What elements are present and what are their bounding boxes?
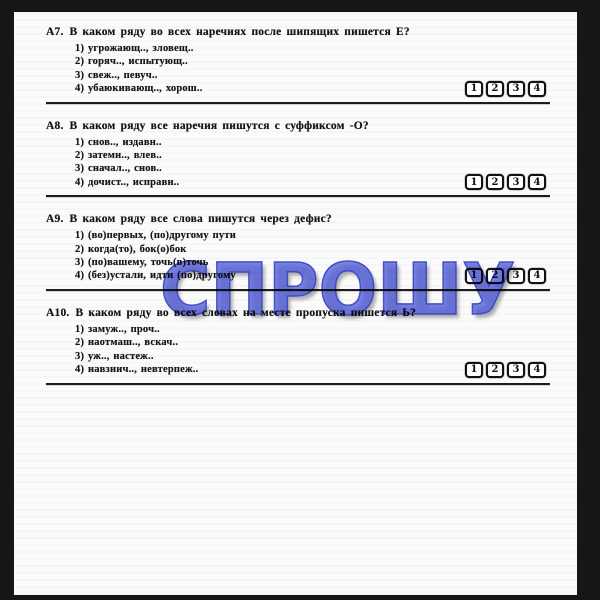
question-block-a9: А9.В каком ряду все слова пишутся через … bbox=[46, 212, 550, 291]
page-content: А7.В каком ряду во всех наречиях после ш… bbox=[14, 25, 577, 400]
option-item: 1) угрожающ.., зловещ.. bbox=[75, 42, 550, 55]
question-heading: А10.В каком ряду во всех словах на месте… bbox=[46, 306, 550, 320]
option-item: 2) затемн.., влев.. bbox=[75, 149, 550, 162]
question-heading: А9.В каком ряду все слова пишутся через … bbox=[46, 212, 550, 226]
option-item: 1) замуж.., проч.. bbox=[75, 323, 550, 336]
answer-boxes: 1 2 3 4 bbox=[465, 362, 546, 378]
answer-box-3[interactable]: 3 bbox=[507, 362, 525, 378]
question-text: В каком ряду все слова пишутся через деф… bbox=[70, 213, 332, 225]
question-text: В каком ряду во всех наречиях после шипя… bbox=[70, 26, 410, 38]
separator-line bbox=[46, 289, 550, 291]
answer-box-1[interactable]: 1 bbox=[465, 174, 483, 190]
separator-line bbox=[46, 383, 550, 385]
answer-box-4[interactable]: 4 bbox=[528, 362, 546, 378]
question-number: А7. bbox=[46, 26, 64, 38]
answer-box-1[interactable]: 1 bbox=[465, 268, 483, 284]
option-item: 2) наотмаш.., вскач.. bbox=[75, 336, 550, 349]
answer-box-2[interactable]: 2 bbox=[486, 362, 504, 378]
separator-line bbox=[46, 102, 550, 104]
answer-box-3[interactable]: 3 bbox=[507, 81, 525, 97]
question-block-a7: А7.В каком ряду во всех наречиях после ш… bbox=[46, 25, 550, 104]
answer-boxes: 1 2 3 4 bbox=[465, 81, 546, 97]
question-number: А8. bbox=[46, 120, 64, 132]
answer-box-4[interactable]: 4 bbox=[528, 174, 546, 190]
question-text: В каком ряду все наречия пишутся с суффи… bbox=[70, 120, 369, 132]
option-item: 2) горяч.., испытующ.. bbox=[75, 55, 550, 68]
answer-box-1[interactable]: 1 bbox=[465, 81, 483, 97]
option-item: 1) (во)первых, (по)другому пути bbox=[75, 229, 550, 242]
document-page: А7.В каком ряду во всех наречиях после ш… bbox=[14, 12, 577, 595]
scan-background: А7.В каком ряду во всех наречиях после ш… bbox=[0, 0, 600, 600]
question-text: В каком ряду во всех словах на месте про… bbox=[75, 307, 416, 319]
answer-boxes: 1 2 3 4 bbox=[465, 174, 546, 190]
separator-line bbox=[46, 195, 550, 197]
answer-box-2[interactable]: 2 bbox=[486, 174, 504, 190]
answer-box-4[interactable]: 4 bbox=[528, 81, 546, 97]
question-heading: А8.В каком ряду все наречия пишутся с су… bbox=[46, 119, 550, 133]
answer-box-2[interactable]: 2 bbox=[486, 81, 504, 97]
option-item: 1) снов.., издавн.. bbox=[75, 136, 550, 149]
answer-box-1[interactable]: 1 bbox=[465, 362, 483, 378]
question-block-a8: А8.В каком ряду все наречия пишутся с су… bbox=[46, 119, 550, 198]
question-block-a10: А10.В каком ряду во всех словах на месте… bbox=[46, 306, 550, 385]
answer-box-2[interactable]: 2 bbox=[486, 268, 504, 284]
question-number: А10. bbox=[46, 307, 69, 319]
answer-box-3[interactable]: 3 bbox=[507, 268, 525, 284]
answer-box-4[interactable]: 4 bbox=[528, 268, 546, 284]
option-item: 2) когда(то), бок(о)бок bbox=[75, 243, 550, 256]
question-number: А9. bbox=[46, 213, 64, 225]
answer-box-3[interactable]: 3 bbox=[507, 174, 525, 190]
answer-boxes: 1 2 3 4 bbox=[465, 268, 546, 284]
question-heading: А7.В каком ряду во всех наречиях после ш… bbox=[46, 25, 550, 39]
